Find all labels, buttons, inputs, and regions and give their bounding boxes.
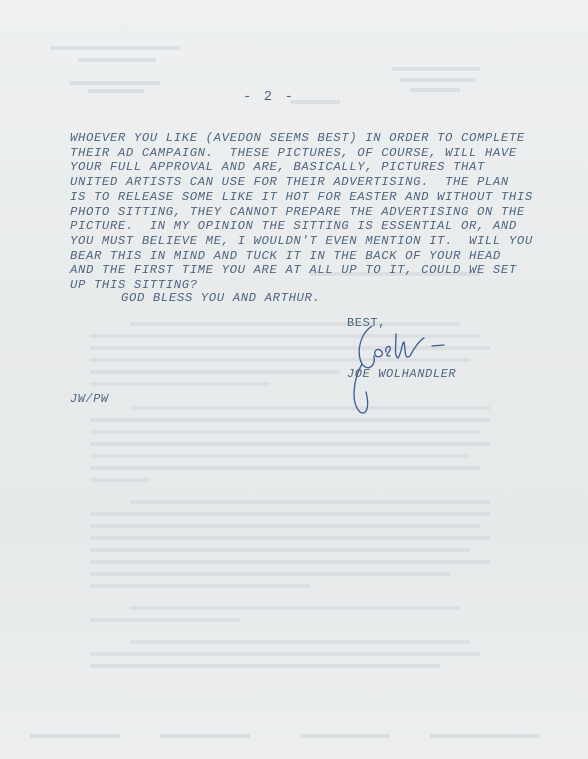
show-through-footer xyxy=(430,734,540,738)
show-through-text xyxy=(90,478,150,482)
body-line: THEIR AD CAMPAIGN. THESE PICTURES, OF CO… xyxy=(70,146,570,161)
show-through-text xyxy=(90,572,450,576)
show-through-text xyxy=(90,382,270,386)
body-line: PHOTO SITTING, THEY CANNOT PREPARE THE A… xyxy=(70,205,570,220)
show-through-letterhead xyxy=(410,88,460,92)
show-through-letterhead xyxy=(88,89,144,93)
body-line: AND THE FIRST TIME YOU ARE AT ALL UP TO … xyxy=(70,263,570,278)
show-through-text xyxy=(90,454,470,458)
show-through-date xyxy=(290,100,340,104)
show-through-footer xyxy=(30,734,120,738)
show-through-text xyxy=(90,664,440,668)
show-through-letterhead xyxy=(50,46,180,50)
body-line: BEAR THIS IN MIND AND TUCK IT IN THE BAC… xyxy=(70,249,570,264)
show-through-text xyxy=(90,548,470,552)
body-line: UNITED ARTISTS CAN USE FOR THEIR ADVERTI… xyxy=(70,175,570,190)
show-through-text xyxy=(90,560,490,564)
show-through-text xyxy=(90,652,480,656)
show-through-footer xyxy=(300,734,390,738)
body-line: WHOEVER YOU LIKE (AVEDON SEEMS BEST) IN … xyxy=(70,131,570,146)
show-through-text xyxy=(90,442,490,446)
show-through-footer xyxy=(160,734,250,738)
body-line: PICTURE. IN MY OPINION THE SITTING IS ES… xyxy=(70,219,570,234)
show-through-text xyxy=(90,430,480,434)
show-through-text xyxy=(90,524,480,528)
show-through-text xyxy=(90,618,240,622)
show-through-text xyxy=(130,500,490,504)
signatory-name: JOE WOLHANDLER xyxy=(347,367,456,381)
letter-page: - 2 - WHOEVER YOU LIKE (AVEDON SEEMS BES… xyxy=(0,0,588,759)
closing-line: GOD BLESS YOU AND ARTHUR. xyxy=(121,291,320,305)
show-through-text xyxy=(90,536,490,540)
letter-body: WHOEVER YOU LIKE (AVEDON SEEMS BEST) IN … xyxy=(70,131,570,293)
show-through-text xyxy=(130,606,460,610)
show-through-text xyxy=(90,466,480,470)
show-through-text xyxy=(90,512,490,516)
show-through-letterhead xyxy=(78,58,156,62)
show-through-text xyxy=(90,584,310,588)
page-number: - 2 - xyxy=(243,89,295,105)
show-through-text xyxy=(90,370,340,374)
body-line: YOUR FULL APPROVAL AND ARE, BASICALLY, P… xyxy=(70,160,570,175)
typist-initials: JW/PW xyxy=(70,392,109,406)
show-through-letterhead xyxy=(392,67,480,71)
body-line: YOU MUST BELIEVE ME, I WOULDN'T EVEN MEN… xyxy=(70,234,570,249)
body-line: IS TO RELEASE SOME LIKE IT HOT FOR EASTE… xyxy=(70,190,570,205)
show-through-text xyxy=(130,640,470,644)
show-through-letterhead xyxy=(400,78,476,82)
show-through-letterhead xyxy=(70,81,160,85)
